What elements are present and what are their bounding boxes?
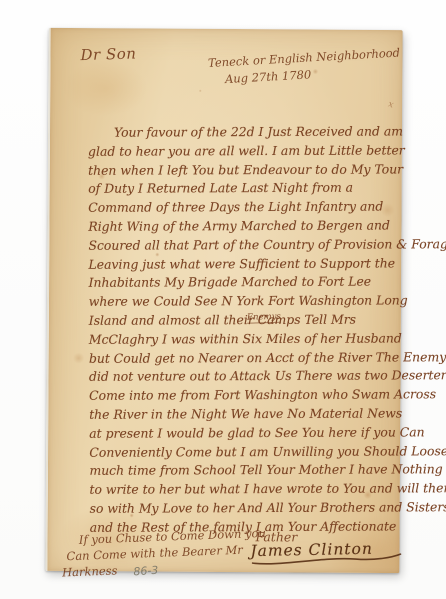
letter-line: then when I left You but Endeavour to do…	[88, 160, 398, 180]
letter-sheet: Dr Son Teneck or English Neighborhood Au…	[45, 28, 402, 573]
letter-line: Inhabitants My Brigade Marched to Fort L…	[89, 273, 399, 293]
letter-line: Your favour of the 22d I Just Received a…	[88, 122, 398, 142]
letter-line: of Duty I Returned Late Last Night from …	[88, 179, 398, 199]
corner-ink-mark: x	[387, 100, 395, 111]
letter-line: much time from School Tell Your Mother I…	[89, 461, 399, 481]
inserted-word: Enemys	[247, 312, 281, 324]
letter-line: at present I would be glad to See You he…	[89, 423, 399, 443]
signature-block: James Clinton	[250, 539, 402, 568]
letter-line: where we Could See N York Fort Washingto…	[89, 292, 399, 312]
letter-line: McClaghry I was within Six Miles of her …	[89, 329, 399, 349]
postscript: If you Chuse to Come Down youCan Come wi…	[61, 526, 268, 581]
letter-line: the River in the Night We have No Materi…	[89, 404, 399, 424]
letter-line: Right Wing of the Army Marched to Bergen…	[88, 216, 398, 236]
photo-background: Dr Son Teneck or English Neighborhood Au…	[0, 0, 446, 599]
letter-line: Command of three Days the Light Infantry…	[88, 198, 398, 218]
letter-line: Scoured all that Part of the Country of …	[88, 235, 398, 255]
letter-line: glad to hear you are all well. I am but …	[88, 141, 398, 161]
letter-line: so with My Love to her And All Your Brot…	[90, 498, 400, 518]
dateline: Teneck or English Neighborhood Aug 27th …	[208, 44, 410, 89]
salutation: Dr Son	[80, 44, 136, 64]
letter-line: Conveniently Come but I am Unwilling you…	[89, 442, 399, 462]
catalog-number-pencil: 86-3	[133, 564, 159, 579]
letter-line: Island and almost all their Camps Tell M…	[89, 310, 399, 330]
letter-line: to write to her but what I have wrote to…	[89, 480, 399, 500]
letter-line: Come into me from Fort Washington who Sw…	[89, 386, 399, 406]
letter-line: Leaving just what were Sufficient to Sup…	[88, 254, 398, 274]
letter-body: Your favour of the 22d I Just Received a…	[88, 122, 400, 537]
letter-line: did not venture out to Attack Us There w…	[89, 367, 399, 387]
letter-line: but Could get no Nearer on Acct of the R…	[89, 348, 399, 368]
